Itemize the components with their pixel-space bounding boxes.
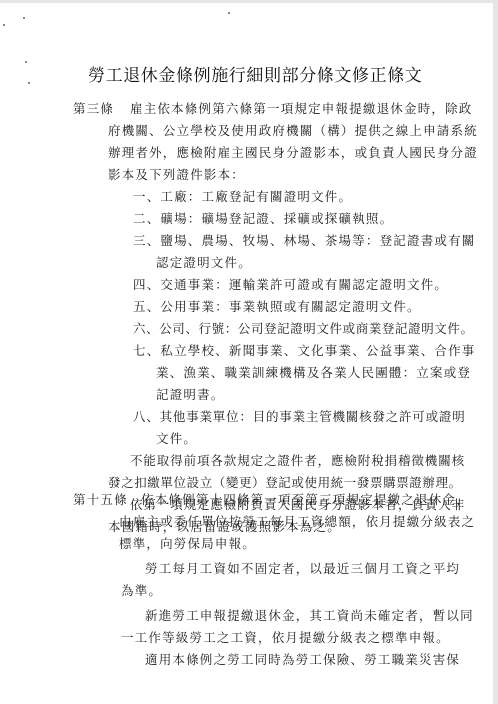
paragraph-line: 一工作等級勞工之工資，依月提繳分級表之標準申報。 (121, 631, 450, 645)
article-text-line: 由雇主或委任單位按勞工每月工資總額，依月提繳分級表之 (119, 515, 475, 529)
paragraph-line: 為準。 (121, 584, 162, 598)
article-text-line: 影本及下列證件影本： (108, 168, 245, 182)
scan-speck (23, 17, 25, 19)
scan-speck (3, 24, 5, 26)
paragraph-line: 新進勞工申報提繳退休金，其工資尚未確定者，暫以同 (145, 609, 474, 623)
list-item: 四、交通事業：運輸業許可證或有關認定證明文件。 (133, 278, 448, 292)
paragraph-line: 適用本條例之勞工同時為勞工保險、勞工職業災害保 (145, 653, 460, 667)
paragraph-line: 勞工每月工資如不固定者，以最近三個月工資之平均 (145, 562, 460, 576)
list-item: 六、公司、行號：公司登記證明文件或商業登記證明文件。 (133, 322, 474, 336)
paragraph-line: 發之扣繳單位設立（變更）登記或使用統一發票購票證辦理。 (108, 476, 462, 490)
list-item-continuation: 業、漁業、職業訓練機構及各業人民團體：立案或登 (156, 366, 471, 380)
document-page: 勞工退休金條例施行細則部分條文修正條文 第三條 雇主依本條例第六條第一項規定申報… (0, 3, 493, 704)
list-item: 二、礦場：礦場登記證、採礦或探礦執照。 (133, 212, 393, 226)
article-label: 第三條 (73, 102, 114, 116)
document-title: 勞工退休金條例施行細則部分條文修正條文 (88, 61, 412, 86)
article-text-line: 依本條例第十四條第一項至第三項規定提繳之退休金， (141, 493, 470, 507)
scan-speck (228, 12, 230, 14)
article-text-line: 雇主依本條例第六條第一項規定申報提繳退休金時，除政 (130, 102, 473, 116)
list-item-continuation: 記證明書。 (156, 388, 225, 402)
article-text-line: 府機關、公立學校及使用政府機關（構）提供之線上申請系統 (108, 124, 478, 138)
list-item: 七、私立學校、新聞事業、文化事業、公益事業、合作事 (133, 344, 476, 358)
scan-speck (28, 82, 30, 84)
list-item-continuation: 認定證明文件。 (156, 256, 252, 270)
list-item: 八、其他事業單位：目的事業主管機關核發之許可或證明 (133, 410, 466, 424)
list-item: 三、鹽場、農場、牧場、林場、茶場等：登記證書或有關 (133, 234, 476, 248)
article-text-line: 辦理者外，應檢附雇主國民身分證影本，或負責人國民身分證 (108, 146, 478, 160)
article-text-line: 標準，向勞保局申報。 (119, 537, 256, 551)
list-item: 一、工廠：工廠登記有關證明文件。 (133, 190, 352, 204)
paragraph-line: 不能取得前項各款規定之證件者，應檢附稅捐稽徵機關核 (130, 454, 465, 468)
scan-speck (25, 61, 27, 63)
list-item-continuation: 文件。 (156, 432, 197, 446)
list-item: 五、公用事業：事業執照或有關認定證明文件。 (133, 300, 421, 314)
article-label: 第十五條 (73, 493, 128, 507)
